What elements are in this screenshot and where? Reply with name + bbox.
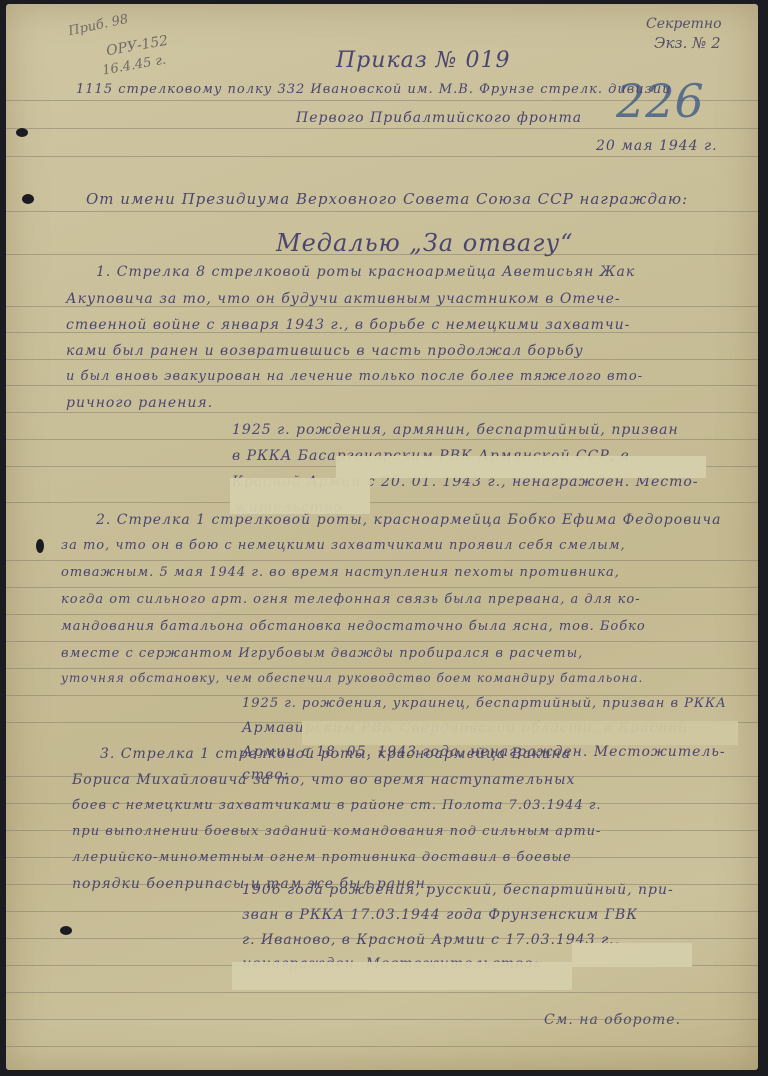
- see-reverse-note: См. на обороте.: [544, 1012, 681, 1028]
- entry-text-line: Акуповича за то, что он будучи активным …: [66, 291, 621, 307]
- ruled-line: [6, 359, 758, 360]
- punch-hole: [36, 539, 44, 553]
- ruled-line: [6, 668, 758, 669]
- copy-number: Экз. № 2: [654, 34, 721, 52]
- ruled-line: [6, 439, 758, 440]
- punch-hole: [22, 194, 34, 204]
- entry-bio-line: 1925 г. рождения, украинец, беспартийный…: [242, 696, 727, 711]
- entry-text-line: вместе с сержантом Игрубовым дважды проб…: [61, 646, 583, 661]
- entry-bio-line: 1906 года рождения, русский, беспартийны…: [242, 882, 674, 898]
- entry-text-line: ричного ранения.: [66, 395, 213, 411]
- ruled-line: [6, 412, 758, 413]
- secret-mark: Секретно: [646, 16, 722, 32]
- punch-hole: [16, 128, 28, 137]
- entry-bio-line: г. Иваново, в Красной Армии с 17.03.1943…: [242, 932, 620, 948]
- archive-note-line: Приб. 98: [67, 12, 130, 39]
- ruled-line: [6, 560, 758, 561]
- entry-text-line: 1. Стрелка 8 стрелковой роты красноармей…: [96, 264, 635, 280]
- redacted-address: [572, 943, 692, 967]
- ruled-line: [6, 156, 758, 157]
- entry-bio-line: 1925 г. рождения, армянин, беспартийный,…: [232, 422, 679, 438]
- order-date: 20 мая 1944 г.: [596, 138, 718, 154]
- entry-text-line: Бориса Михайловича за то, что во время н…: [72, 772, 575, 788]
- entry-text-line: ллерийско-минометным огнем противника до…: [72, 850, 572, 865]
- ruled-line: [6, 502, 758, 503]
- award-name: Медалью „За отвагу“: [276, 229, 574, 257]
- redacted-address: [302, 721, 738, 745]
- entry-text-line: боев с немецкими захватчиками в районе с…: [72, 798, 602, 813]
- entry-text-line: когда от сильного арт. огня телефонная с…: [61, 592, 641, 607]
- entry-text-line: ками был ранен и возвратившись в часть п…: [66, 343, 584, 359]
- entry-text-line: мандования батальона обстановка недостат…: [61, 619, 646, 634]
- ruled-line: [6, 641, 758, 642]
- entry-text-line: 3. Стрелка 1 стрелковой роты, красноарме…: [100, 746, 571, 762]
- entry-text-line: и был вновь эвакуирован на лечение тольк…: [66, 369, 643, 384]
- ruled-line: [6, 1046, 758, 1047]
- entry-text-line: за то, что он в бою с немецкими захватчи…: [61, 538, 626, 553]
- header-front-line: Первого Прибалтийского фронта: [296, 110, 582, 126]
- entry-bio-line: зван в РККА 17.03.1944 года Фрунзенским …: [242, 907, 638, 923]
- ruled-line: [6, 614, 758, 615]
- punch-hole: [60, 926, 72, 935]
- entry-text-line: уточняя обстановку, чем обеспечил руково…: [61, 671, 643, 685]
- entry-text-line: 2. Стрелка 1 стрелковой роты, красноарме…: [96, 512, 721, 528]
- redacted-address: [230, 478, 370, 514]
- preamble: От имени Президиума Верховного Совета Со…: [86, 190, 688, 208]
- redacted-address: [336, 456, 706, 478]
- ruled-line: [6, 211, 758, 212]
- header-unit-line: 1115 стрелковому полку 332 Ивановской им…: [76, 82, 672, 97]
- ruled-line: [6, 385, 758, 386]
- document-page: Приб. 98 ОРУ-152 16.4.45 г. Секретно Экз…: [6, 4, 758, 1070]
- entry-text-line: отважным. 5 мая 1944 г. во время наступл…: [61, 565, 620, 580]
- ruled-line: [6, 128, 758, 129]
- ruled-line: [6, 992, 758, 993]
- entry-text-line: ственной войне с января 1943 г., в борьб…: [66, 317, 630, 333]
- redacted-address: [232, 962, 572, 990]
- ruled-line: [6, 587, 758, 588]
- entry-text-line: при выполнении боевых заданий командован…: [72, 824, 601, 839]
- order-title: Приказ № 019: [336, 48, 511, 73]
